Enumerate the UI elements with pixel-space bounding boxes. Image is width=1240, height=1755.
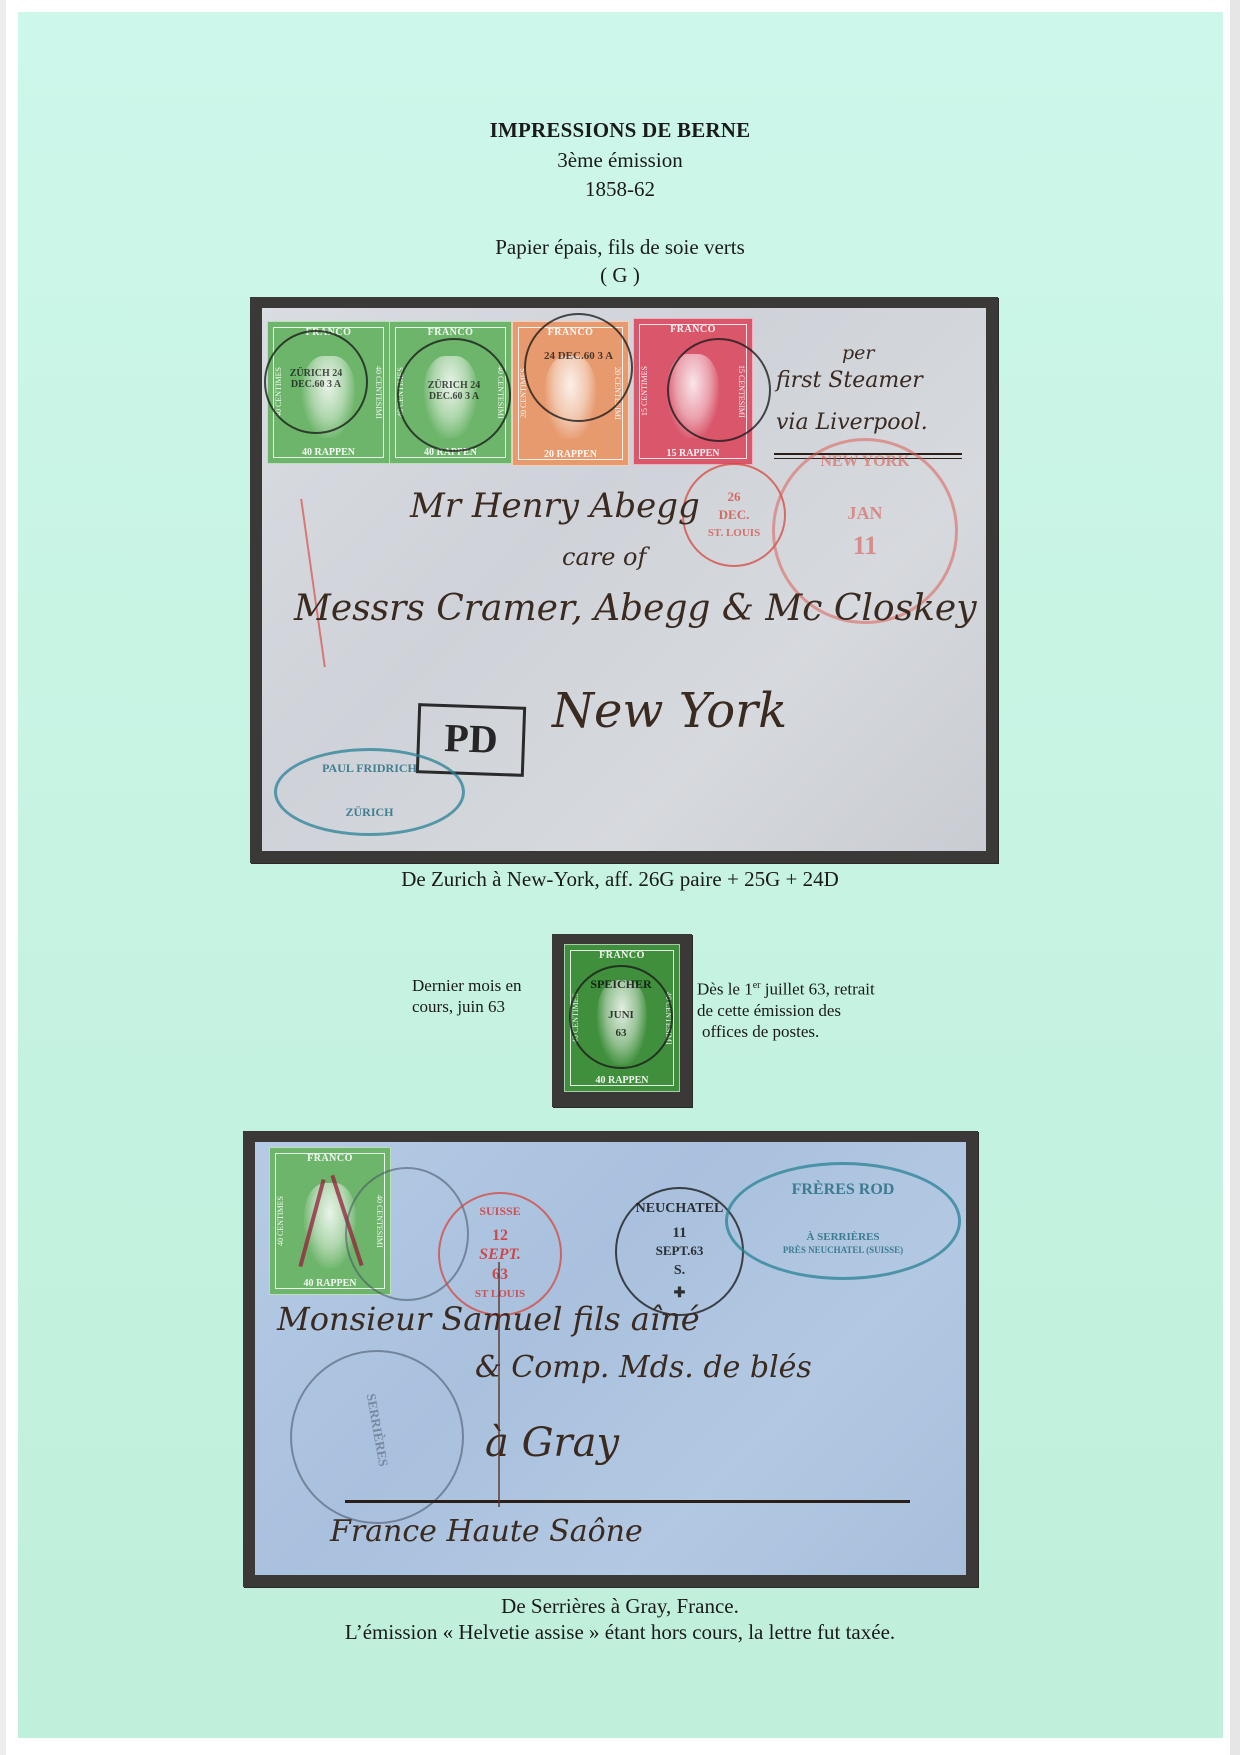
red-crayon-mark <box>300 499 326 668</box>
cachet-line-2: ZÜRICH <box>277 805 462 820</box>
address-line-3: Messrs Cramer, Abegg & Mc Closkey <box>294 588 977 629</box>
postmark-month: SEPT. <box>440 1246 560 1264</box>
address-line-1: Monsieur Samuel fils aîné <box>277 1300 700 1338</box>
cover1-envelope: FRANCO 40 CENTIMES 40 CENTESIMI 40 RAPPE… <box>262 308 986 851</box>
cachet-line-1: PAUL FRIDRICH <box>277 761 462 776</box>
postmark-day: 11 <box>617 1225 742 1242</box>
cancel-text: ZÜRICH 24 DEC.60 3 A <box>399 380 509 402</box>
issue-years: 1858-62 <box>0 177 1240 202</box>
note-right-line-1: Dès le 1er juillet 63, retrait <box>697 975 937 1000</box>
tax-pen-stroke <box>498 1262 500 1507</box>
stamp-franco: FRANCO <box>270 1153 390 1164</box>
zurich-cancel-1: ZÜRICH 24 DEC.60 3 A <box>264 330 368 434</box>
cover1-caption: De Zurich à New-York, aff. 26G paire + 2… <box>0 867 1240 892</box>
page-subtitle: 3ème émission <box>0 148 1240 173</box>
cachet-line-2: À SERRIÈRES <box>728 1231 958 1243</box>
note-right-sup: er <box>753 980 761 991</box>
cover2-caption-line-2: L’émission « Helvetie assise » étant hor… <box>0 1620 1240 1645</box>
serrieres-grey-postmark: SERRIÈRES <box>290 1350 464 1524</box>
address-underline <box>345 1500 910 1503</box>
cover2-entire: FRANCO 40 CENTIMES 40 CENTESIMI 40 RAPPE… <box>255 1142 966 1575</box>
note-right-line-3: offices de postes. <box>697 1021 937 1042</box>
stamp-side-left: 40 CENTIMES <box>276 1168 288 1274</box>
cachet-line-1: FRÈRES ROD <box>728 1181 958 1199</box>
zurich-cancel-2: ZÜRICH 24 DEC.60 3 A <box>397 338 511 452</box>
freres-rod-oval-cachet: FRÈRES ROD À SERRIÈRES PRÈS NEUCHATEL (S… <box>725 1162 961 1280</box>
postmark-month: JAN <box>775 503 955 524</box>
sender-oval-cachet: PAUL FRIDRICH ZÜRICH <box>274 748 465 836</box>
cancel-text: ZÜRICH 24 DEC.60 3 A <box>266 368 366 390</box>
postmark-town: SERRIÈRES <box>354 1345 399 1515</box>
cover2-caption-line-1: De Serrières à Gray, France. <box>0 1594 1240 1619</box>
cancel-month: JUNI <box>571 1009 671 1021</box>
paper-description: Papier épais, fils de soie verts <box>0 235 1240 260</box>
postmark-day: 12 <box>440 1227 560 1245</box>
stamp-value: 40 RAPPEN <box>268 447 389 458</box>
postmark-top: SUISSE <box>440 1204 560 1219</box>
stamp-franco: FRANCO <box>565 950 679 961</box>
postmark-place: ST. LOUIS <box>684 527 784 539</box>
zurich-cancel-3: 24 DEC.60 3 A <box>524 313 633 422</box>
cachet-line-3: PRÈS NEUCHATEL (SUISSE) <box>728 1245 958 1255</box>
single-stamp-note-left: Dernier mois en cours, juin 63 <box>412 975 552 1017</box>
address-line-2: care of <box>562 543 646 571</box>
address-line-4: New York <box>552 683 787 739</box>
postmark-bottom: S. <box>617 1263 742 1279</box>
postmark-bottom: ST LOUIS <box>440 1288 560 1300</box>
note-right-line-2: de cette émission des <box>697 1000 937 1021</box>
single-stamp: FRANCO 40 CENTIMES 40 CENTESIMI 40 RAPPE… <box>564 944 680 1092</box>
address-line-3: à Gray <box>485 1420 619 1466</box>
single-stamp-note-right: Dès le 1er juillet 63, retrait de cette … <box>697 975 937 1042</box>
routing-line-1: per <box>842 342 875 364</box>
postmark-day: 11 <box>775 531 955 561</box>
cancel-town: SPEICHER <box>571 977 671 992</box>
address-line-2: & Comp. Mds. de blés <box>475 1350 812 1385</box>
address-line-4: France Haute Saône <box>330 1514 643 1549</box>
postmark-city: NEW YORK <box>775 453 955 471</box>
note-left-line-2: cours, juin 63 <box>412 996 552 1017</box>
note-left-line-1: Dernier mois en <box>412 975 552 996</box>
stamp-side-right: 40 CENTESIMI <box>371 342 383 443</box>
routing-line-3: via Liverpool. <box>776 410 928 435</box>
paper-type: ( G ) <box>0 263 1240 288</box>
stamp-side-left: 15 CENTIMES <box>640 339 652 444</box>
note-right-suffix: juillet 63, retrait <box>761 980 875 999</box>
cancel-text: 24 DEC.60 3 A <box>526 350 631 362</box>
stamp-value: 15 RAPPEN <box>634 448 752 459</box>
postmark-year: 63 <box>440 1266 560 1284</box>
neuchatel-postmark: NEUCHATEL 11 SEPT.63 S. ✚ <box>615 1187 744 1316</box>
stamp-value: 20 RAPPEN <box>513 449 628 460</box>
stamp-franco: FRANCO <box>634 324 752 335</box>
stamp-value: 40 RAPPEN <box>565 1075 679 1086</box>
cancel-year: 63 <box>571 1027 671 1039</box>
cancel-on-15-rappen <box>667 338 771 442</box>
postmark-month: SEPT.63 <box>617 1243 742 1259</box>
address-line-1: Mr Henry Abegg <box>410 486 700 526</box>
speicher-cancel: SPEICHER JUNI 63 <box>569 965 673 1069</box>
page-title: IMPRESSIONS DE BERNE <box>0 118 1240 143</box>
suisse-st-louis-red-postmark: SUISSE 12 SEPT. 63 ST LOUIS <box>438 1192 562 1316</box>
routing-line-2: first Steamer <box>776 368 923 393</box>
postmark-top: NEUCHATEL <box>617 1201 742 1217</box>
stamp-franco: FRANCO <box>390 327 511 338</box>
note-right-prefix: Dès le 1 <box>697 980 753 999</box>
